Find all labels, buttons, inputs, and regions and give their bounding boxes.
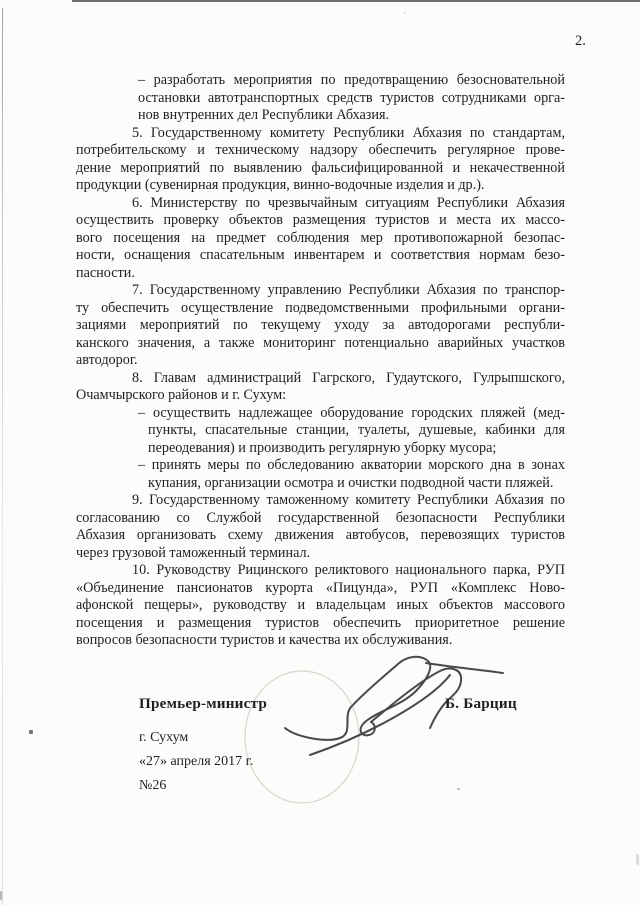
- text-line: потребительскому и техническому надзору …: [76, 142, 565, 160]
- paragraph-item8-sub2: – принять меры по обследованию акватории…: [76, 457, 565, 492]
- scanned-document-page: 2. – разработать мероприятия по предотвр…: [0, 0, 640, 905]
- signature-and-stamp: [238, 643, 522, 807]
- paragraph-item8: 8. Главам администраций Гагрского, Гудау…: [76, 370, 565, 405]
- page-number: 2.: [575, 33, 586, 50]
- text-line: дение мероприятий по выявлению фальсифиц…: [76, 160, 565, 178]
- text-line: ту обеспечить осуществление подведомстве…: [76, 300, 565, 318]
- paragraph-item7: 7. Государственному управлению Республик…: [76, 282, 565, 370]
- signer-name: Б. Барциц: [445, 695, 517, 713]
- text-line: – принять меры по обследованию акватории…: [76, 457, 565, 475]
- premier-title: Премьер-министр: [139, 695, 267, 713]
- scan-artifact-corner-mark: [0, 891, 2, 900]
- text-line: пасности.: [76, 265, 565, 283]
- place-line: г. Сухум: [139, 730, 188, 746]
- text-line: 5. Государственному комитету Республики …: [76, 125, 565, 143]
- date-line: «27» апреля 2017 г.: [139, 754, 253, 770]
- text-line: 7. Государственному управлению Республик…: [76, 282, 565, 300]
- text-line: 8. Главам администраций Гагрского, Гудау…: [76, 370, 565, 388]
- text-line: 6. Министерству по чрезвычайным ситуация…: [76, 195, 565, 213]
- paragraph-item8-sub1: – осуществить надлежащее оборудование го…: [76, 405, 565, 458]
- text-line: Абхазия организовать схему движения авто…: [76, 527, 565, 545]
- text-line: переодевания) и производить регулярную у…: [76, 440, 565, 458]
- document-body: – разработать мероприятия по предотвраще…: [76, 72, 565, 650]
- text-line: посещения и размещения туристов обеспечи…: [76, 615, 565, 633]
- text-line: зациями мероприятий по текущему уходу за…: [76, 317, 565, 335]
- paragraph-item10: 10. Руководству Рицинского реликтового н…: [76, 562, 565, 650]
- text-line: 9. Государственному таможенному комитету…: [76, 492, 565, 510]
- scan-artifact-left-line: [2, 8, 3, 905]
- text-line: автодорог.: [76, 352, 565, 370]
- text-line: – разработать мероприятия по предотвраще…: [76, 72, 565, 90]
- text-line: афонской пещеры», руководству и владельц…: [76, 597, 565, 615]
- ink-speck: [404, 12, 406, 14]
- doc-number: №26: [139, 778, 166, 794]
- paragraph-item6: 6. Министерству по чрезвычайным ситуация…: [76, 195, 565, 283]
- text-line: остановки автотранспортных средств турис…: [76, 90, 565, 108]
- text-line: согласованию со Службой государственной …: [76, 510, 565, 528]
- text-line: осуществить проверку объектов размещения…: [76, 212, 565, 230]
- text-line: ности, оснащения спасательным инвентарем…: [76, 247, 565, 265]
- text-line: канского значения, а также мониторинг по…: [76, 335, 565, 353]
- text-line: пункты, спасательные станции, туалеты, д…: [76, 422, 565, 440]
- text-line: через грузовой таможенный терминал.: [76, 545, 565, 563]
- paragraph-item5: 5. Государственному комитету Республики …: [76, 125, 565, 195]
- text-line: – осуществить надлежащее оборудование го…: [76, 405, 565, 423]
- text-line: нов внутренних дел Республики Абхазия.: [76, 107, 565, 125]
- text-line: «Объединение пансионатов курорта «Пицунд…: [76, 580, 565, 598]
- paragraph-item4-subitem: – разработать мероприятия по предотвраще…: [76, 72, 565, 125]
- scan-artifact-edge-smudge: [636, 854, 639, 865]
- text-line: 10. Руководству Рицинского реликтового н…: [76, 562, 565, 580]
- scan-artifact-top-line: [72, 0, 640, 2]
- text-line: купания, организации осмотра и очистки п…: [76, 475, 565, 493]
- ink-speck: [29, 730, 33, 734]
- text-line: Очамчырского районов и г. Сухум:: [76, 387, 565, 405]
- text-line: вого посещения на предмет соблюдения мер…: [76, 230, 565, 248]
- text-line: продукции (сувенирная продукция, винно-в…: [76, 177, 565, 195]
- paragraph-item9: 9. Государственному таможенному комитету…: [76, 492, 565, 562]
